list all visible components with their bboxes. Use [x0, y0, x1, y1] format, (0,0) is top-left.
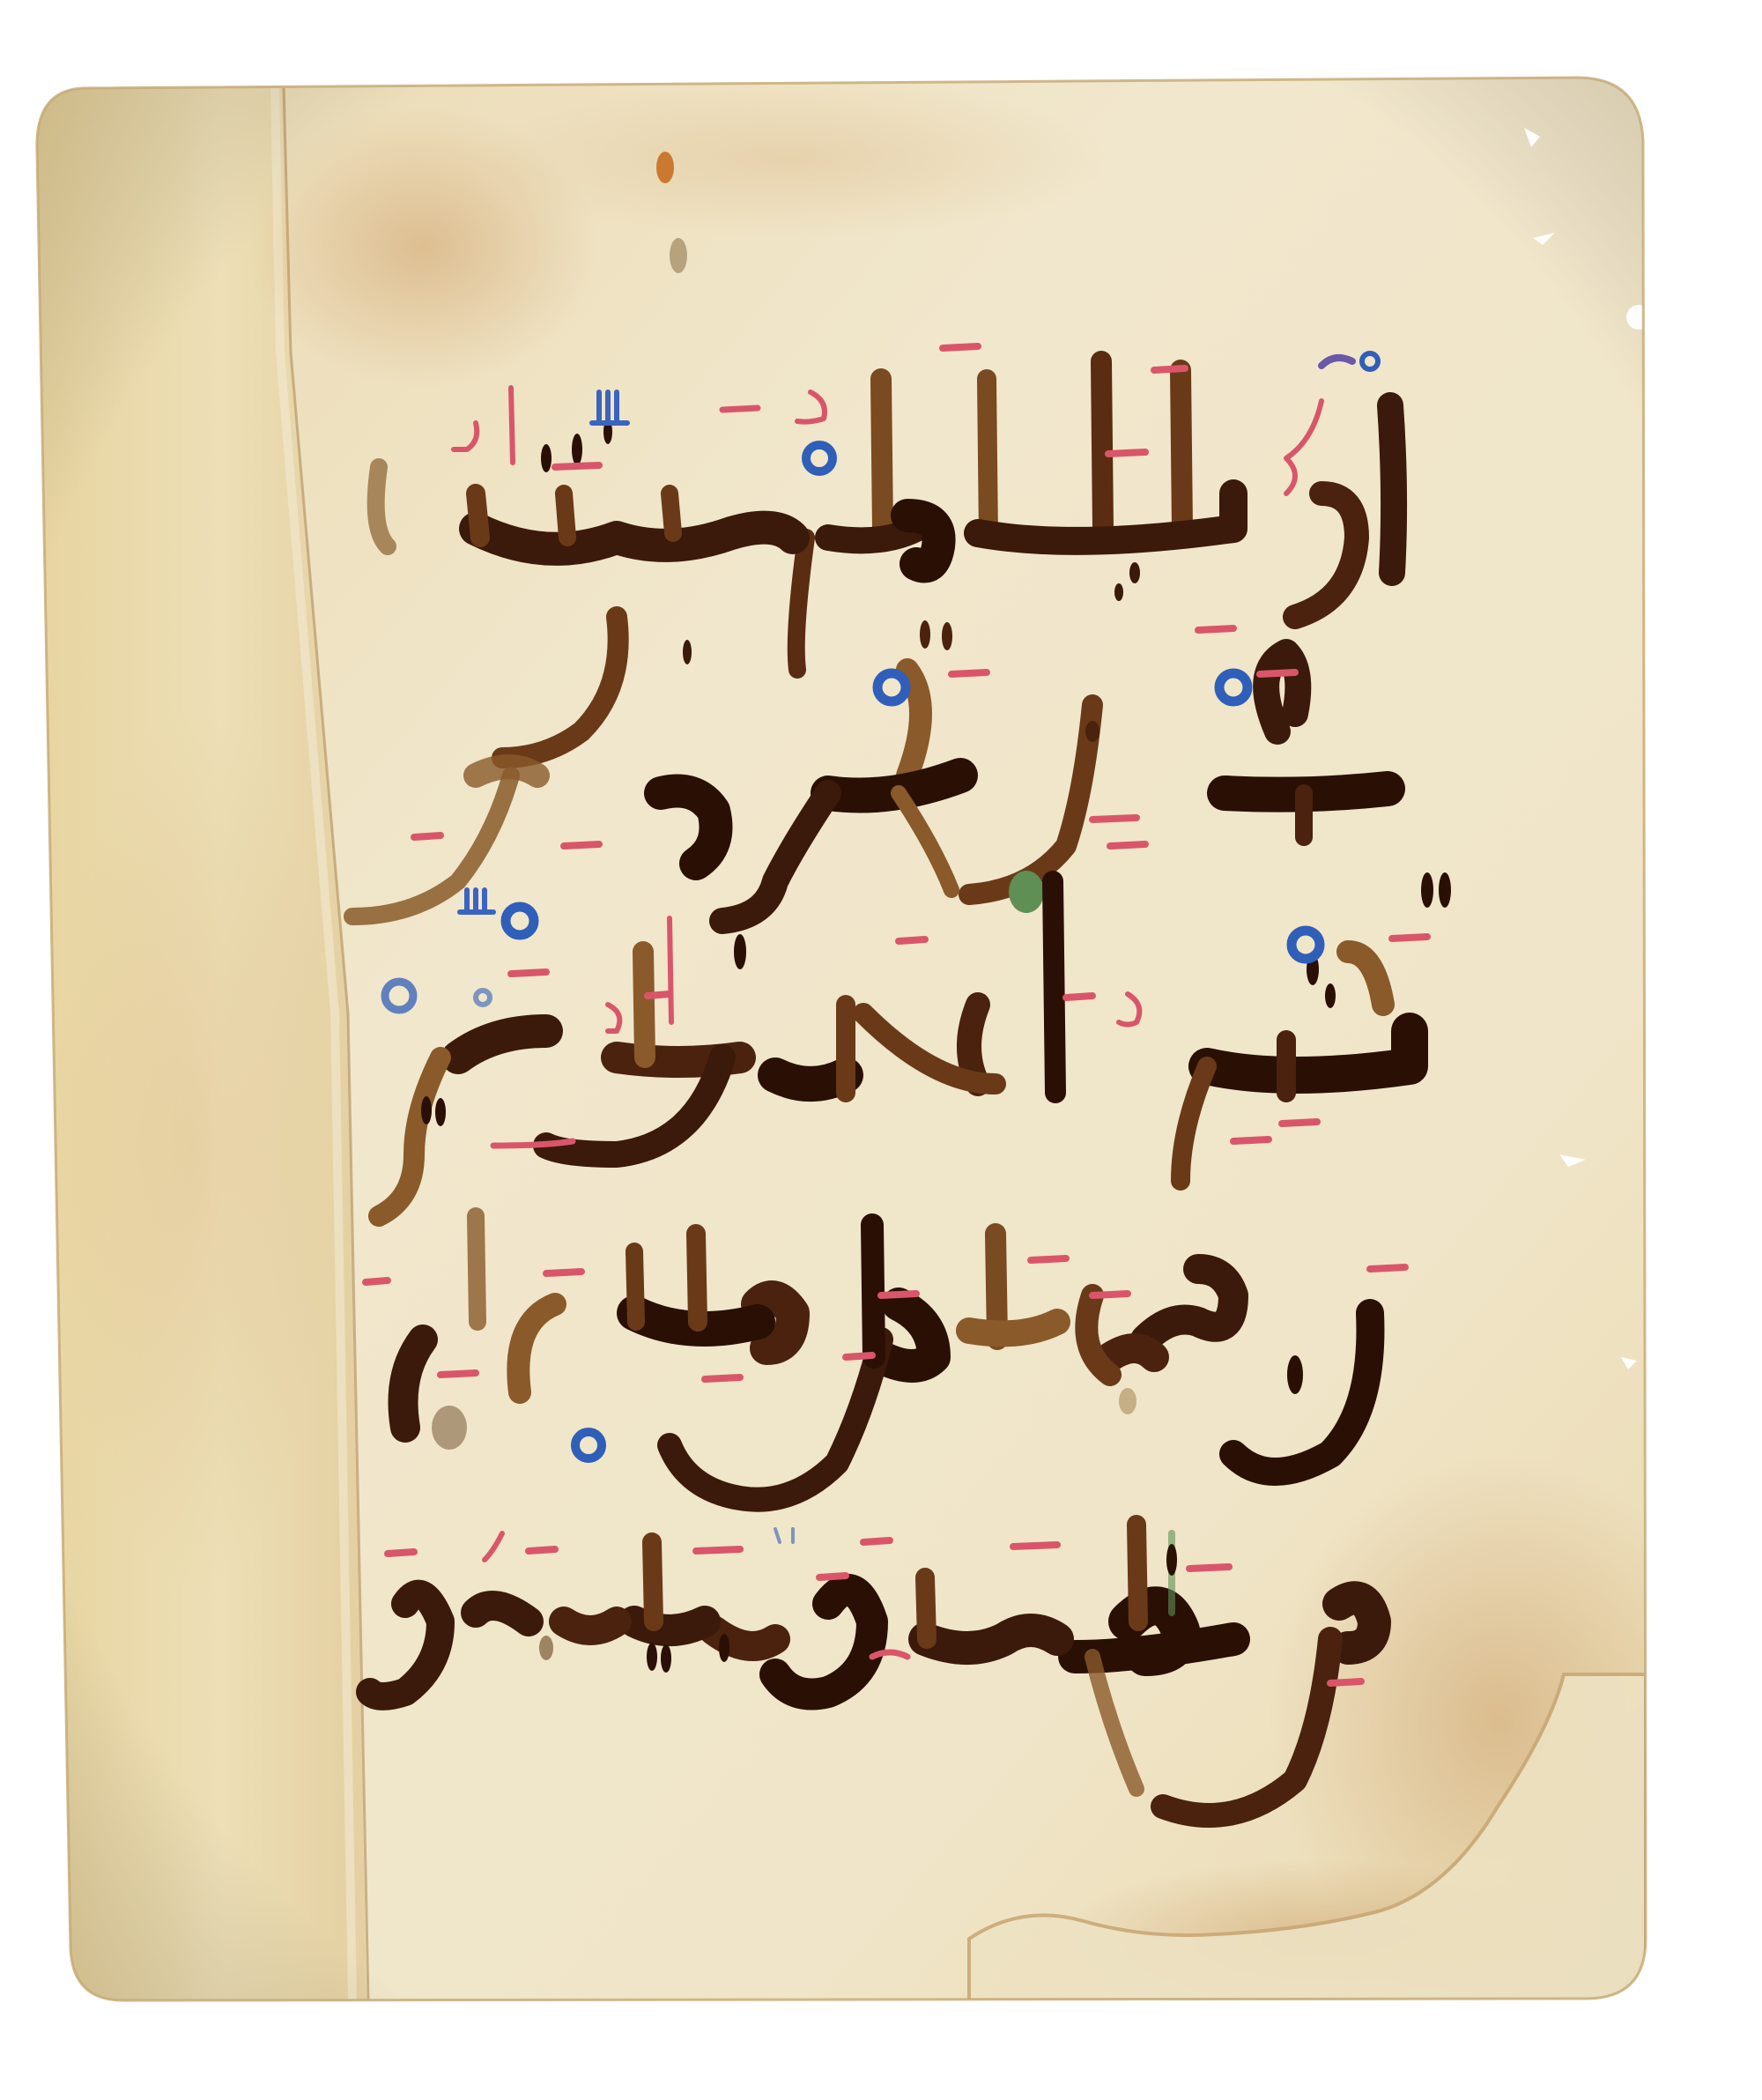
manuscript-image: أولئك لهم جنت عدن تجري من تحتهم الأنهر ي… — [0, 0, 1762, 2100]
page-body — [0, 0, 1762, 2100]
vellum-folio — [0, 0, 1762, 2100]
